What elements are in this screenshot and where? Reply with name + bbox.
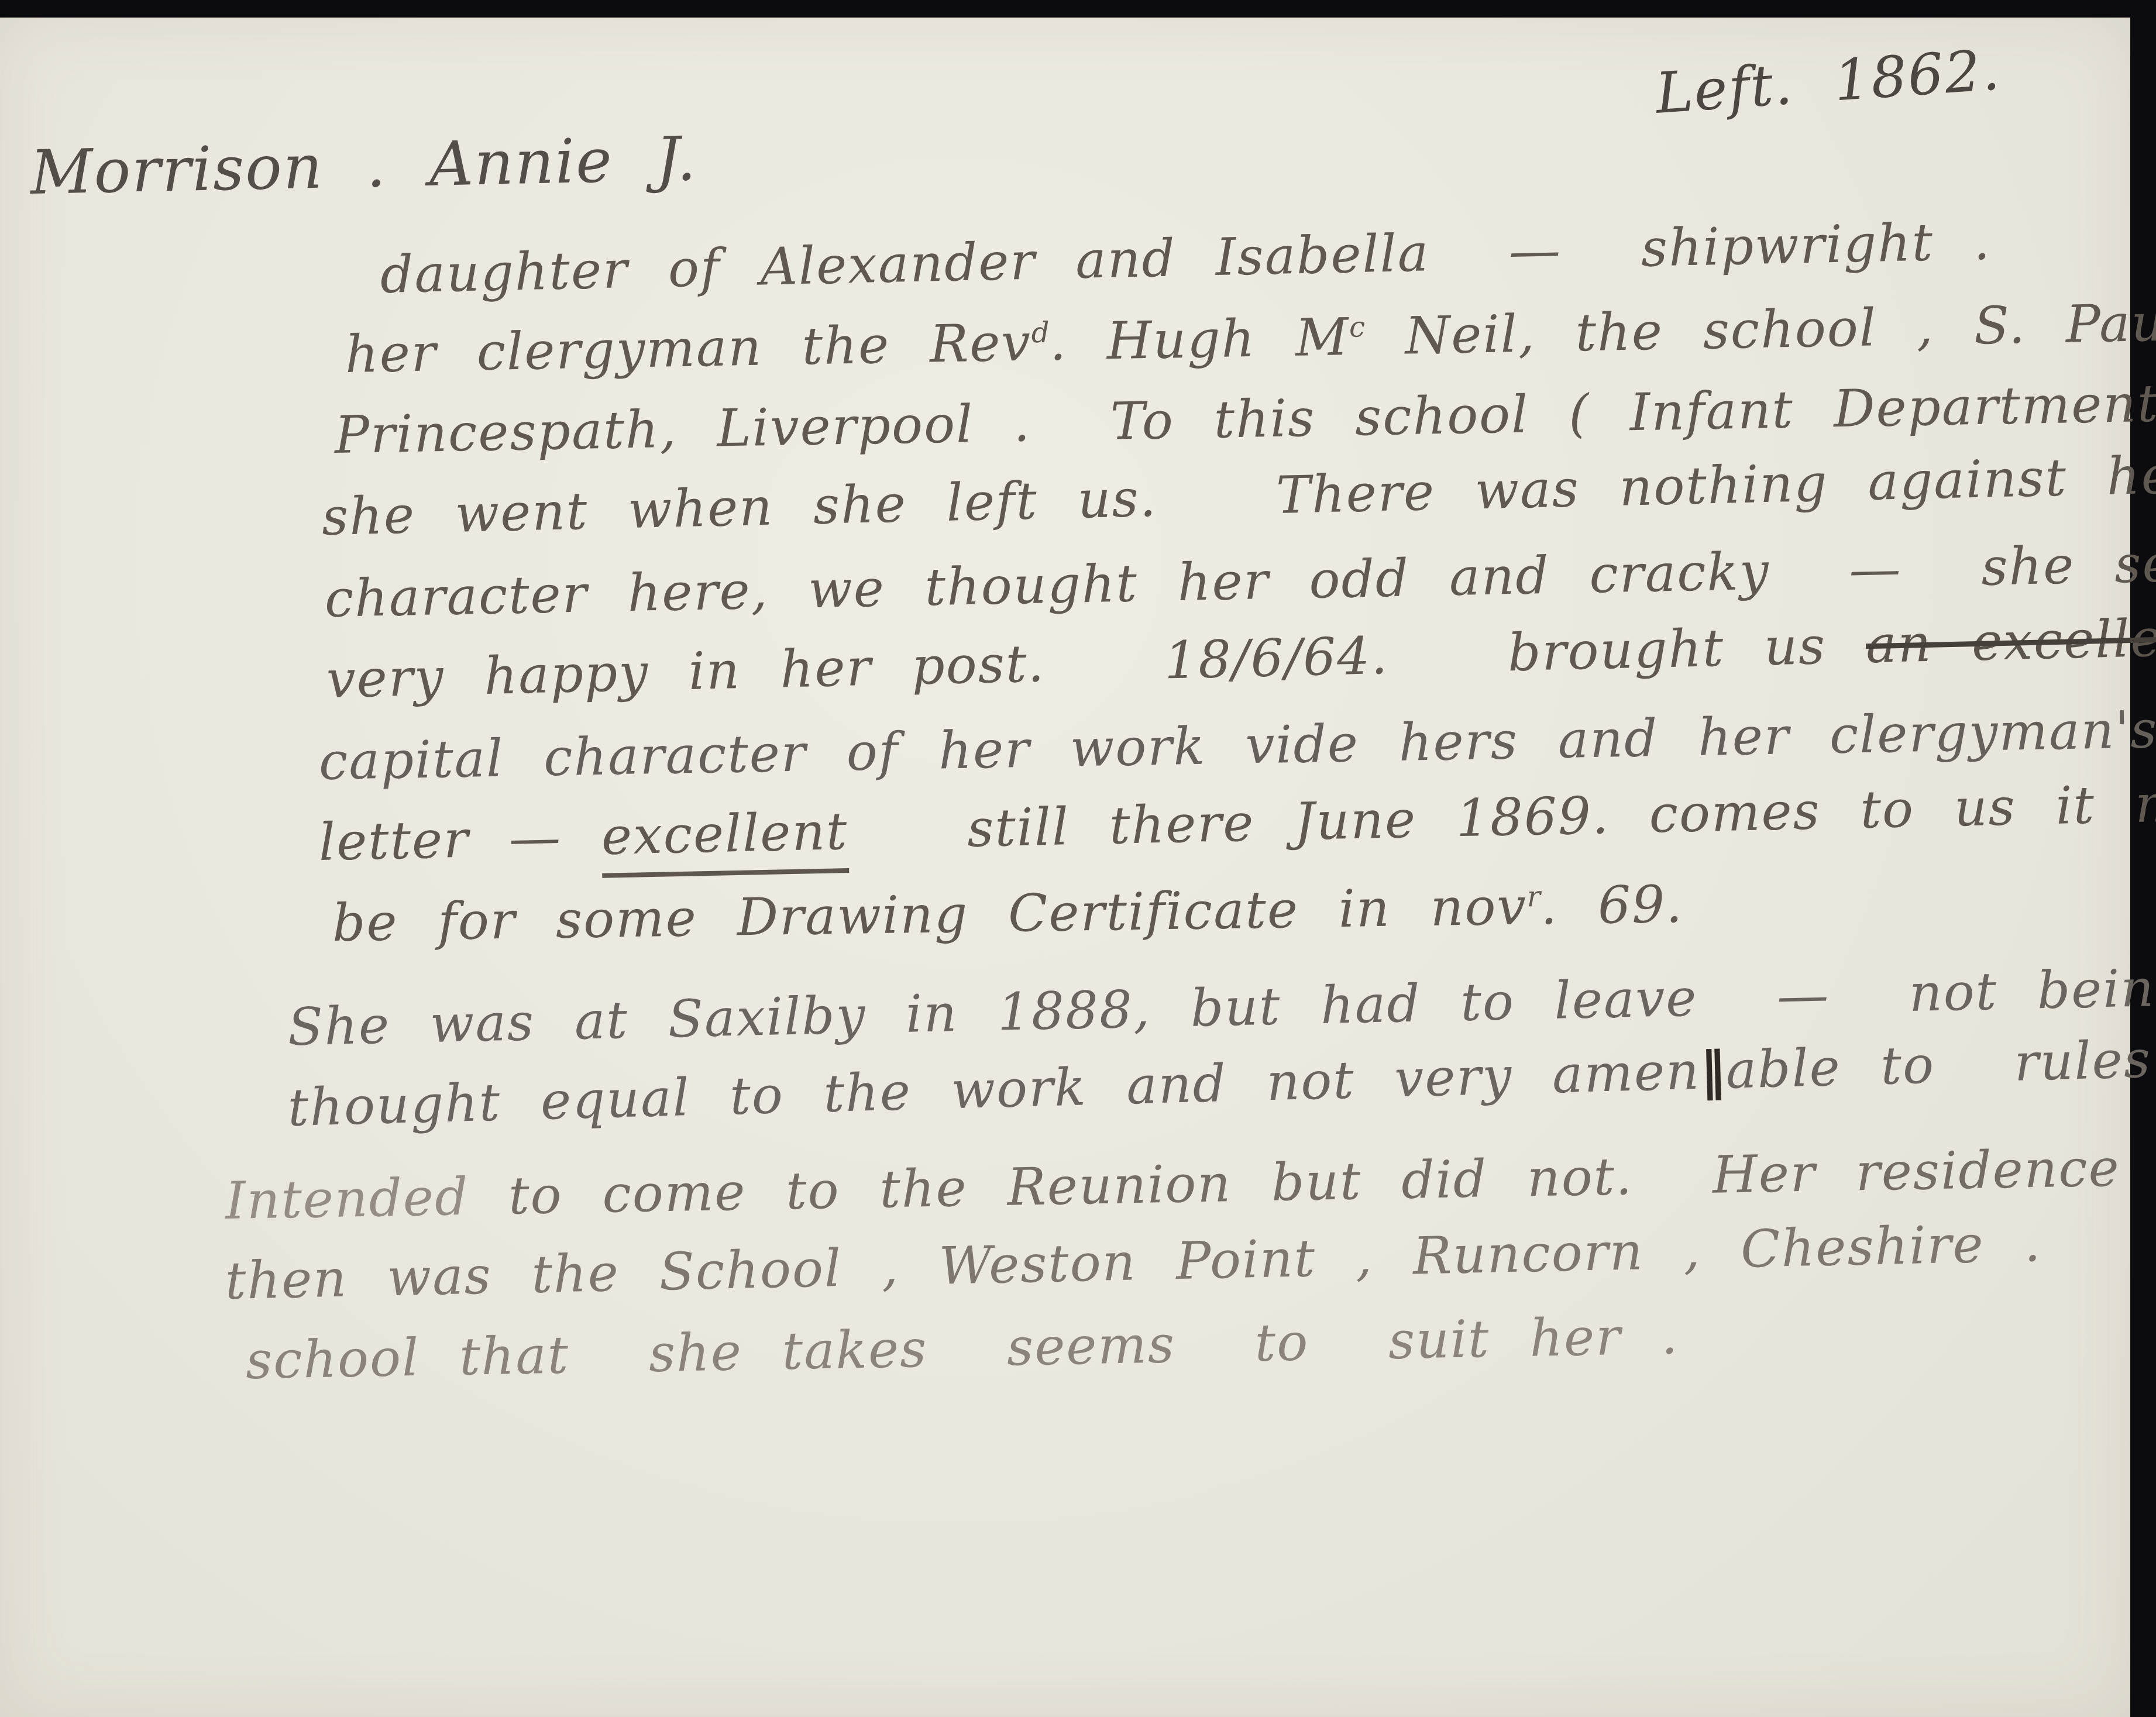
line-she-went: she went when she left us. There was not… <box>321 446 2156 546</box>
superscript-c: c <box>1349 311 1366 343</box>
left-year-note: Left. 1862. <box>1653 39 2002 125</box>
line-clergyman-text2: . Hugh M <box>1049 307 1350 372</box>
line-drawing-text: be for some Drawing Certificate in nov <box>332 876 1527 953</box>
scan-frame: Left. 1862. Morrison . Annie J. daughter… <box>0 0 2156 1717</box>
line-letter-excellent: letter — excellent still there June 1869… <box>318 774 2156 871</box>
line-very-happy: very happy in her post. 18/6/64. brought… <box>326 609 2156 708</box>
line-capital-character: capital character of her work vide hers … <box>318 701 2156 790</box>
person-name-heading: Morrison . Annie J. <box>30 125 698 206</box>
line-thought-equal-text: thought equal to the work and not very a… <box>287 1041 1701 1138</box>
word-intended: Intended <box>225 1167 469 1231</box>
line-drawing-certificate: be for some Drawing Certificate in novr.… <box>332 876 1683 952</box>
line-daughter-of: daughter of Alexander and Isabella — shi… <box>380 213 1992 303</box>
strikethrough-an-excellent: an excellent <box>1865 607 2156 675</box>
underlined-excellent: excellent <box>601 801 849 878</box>
line-character-here: character here, we thought her odd and c… <box>324 534 2156 628</box>
line-clergyman-text3: Neil, the school , S. Paul's <box>1364 291 2156 367</box>
line-weston-point: then was the School , Weston Point , Run… <box>225 1211 2156 1309</box>
line-still-there-text: still there June 1869. comes to us it ma… <box>847 772 2156 861</box>
insertion-mark: ‖ <box>1699 1040 1727 1101</box>
superscript-d: d <box>1031 316 1050 350</box>
superscript-r: r <box>1526 880 1541 913</box>
line-thought-equal-text2: able to rules <box>1725 1029 2152 1100</box>
line-school-suits: school that she takes seems to suit her … <box>245 1307 1679 1389</box>
line-drawing-text2: . 69. <box>1540 874 1683 936</box>
line-princespath: Princespath, Liverpool . To this school … <box>334 374 2156 464</box>
line-intended-reunion: Intended to come to the Reunion but did … <box>225 1140 2120 1229</box>
line-reunion-text: to come to the Reunion but did not. Her … <box>468 1137 2120 1226</box>
line-clergyman: her clergyman the Revd. Hugh Mc Neil, th… <box>345 294 2156 383</box>
record-card: Left. 1862. Morrison . Annie J. daughter… <box>0 18 2130 1717</box>
line-very-happy-text: very happy in her post. 18/6/64. brought… <box>326 614 1866 710</box>
line-clergyman-text: her clergyman the Rev <box>345 312 1032 384</box>
line-letter-text: letter — <box>318 806 602 872</box>
